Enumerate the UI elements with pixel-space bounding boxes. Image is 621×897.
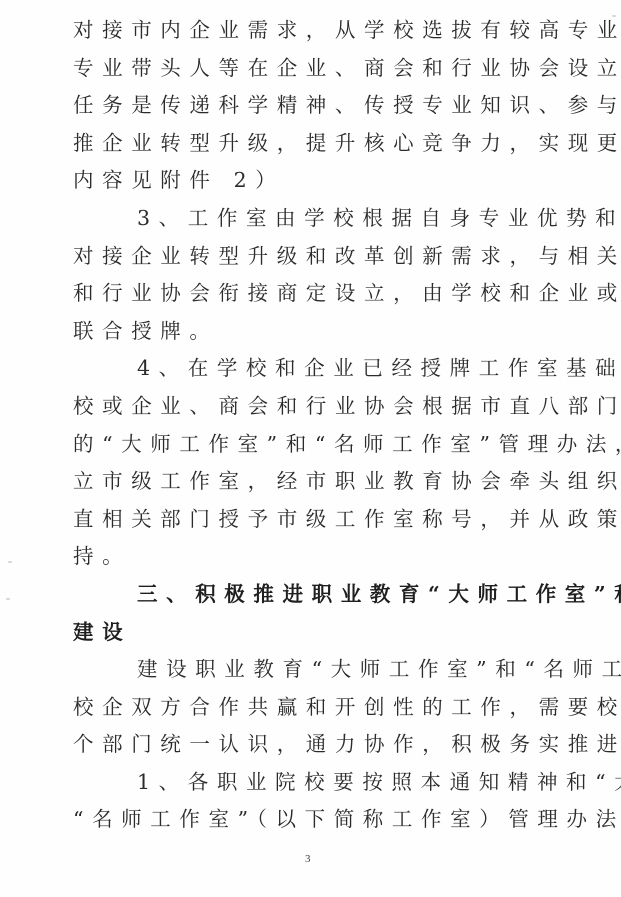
scan-speck [6,598,10,600]
paragraph-item-4-start: 4、在学校和企业已经授牌工作室基础上，由相关学 [73,350,551,388]
document-body: 对接市内企业需求，从学校选拔有较高专业水平的专家教授、 专业带头人等在企业、商会… [73,12,551,839]
document-page: 对接市内企业需求，从学校选拔有较高专业水平的专家教授、 专业带头人等在企业、商会… [0,0,621,897]
body-line: 和行业协会衔接商定设立，由学校和企业或商会、行业协会 [73,275,551,313]
scan-speck [8,561,12,563]
body-line: “名师工作室”（以下简称工作室）管理办法要求，对已设 [73,801,551,839]
section-heading-3: 三、积极推进职业教育“大师工作室”和“名师工作室” [73,576,551,614]
body-line: 立市级工作室，经市职业教育协会牵头组织评估合格，由市 [73,463,551,501]
body-line: 推企业转型升级，提升核心竞争力，实现更好发展。（具体 [73,125,551,163]
body-line: 校企双方合作共赢和开创性的工作，需要校企双方和市直各 [73,689,551,727]
page-number: 3 [305,853,311,865]
paragraph-section-3-intro: 建设职业教育“大师工作室”和“名师工作室”是一项 [73,651,551,689]
scan-speck [612,15,616,17]
body-line: 持。 [73,538,551,576]
body-line: 任务是传递科学精神、传授专业知识、参与企业创新等，助 [73,87,551,125]
body-line: 直相关部门授予市级工作室称号，并从政策和经费上给予支 [73,501,551,539]
paragraph-item-3-start: 3、工作室由学校根据自身专业优势和人才培养要求， [73,200,551,238]
body-line: 的“大师工作室”和“名师工作室”管理办法，择优申报设 [73,426,551,464]
body-line: 联合授牌。 [73,313,551,351]
section-heading-3-continued: 建设 [73,614,551,652]
paragraph-item-1-start: 1、各职业院校要按照本通知精神和“大师工作室”、 [73,764,551,802]
body-line: 个部门统一认识，通力协作，积极务实推进。 [73,726,551,764]
body-line: 专业带头人等在企业、商会和行业协会设立的工作室，主要 [73,50,551,88]
body-line: 校或企业、商会和行业协会根据市直八部门和单位联合出台 [73,388,551,426]
body-line: 内容见附件 2） [73,162,551,200]
body-line: 对接企业转型升级和改革创新需求，与相关对口企业、商会 [73,238,551,276]
body-line: 对接市内企业需求，从学校选拔有较高专业水平的专家教授、 [73,12,551,50]
